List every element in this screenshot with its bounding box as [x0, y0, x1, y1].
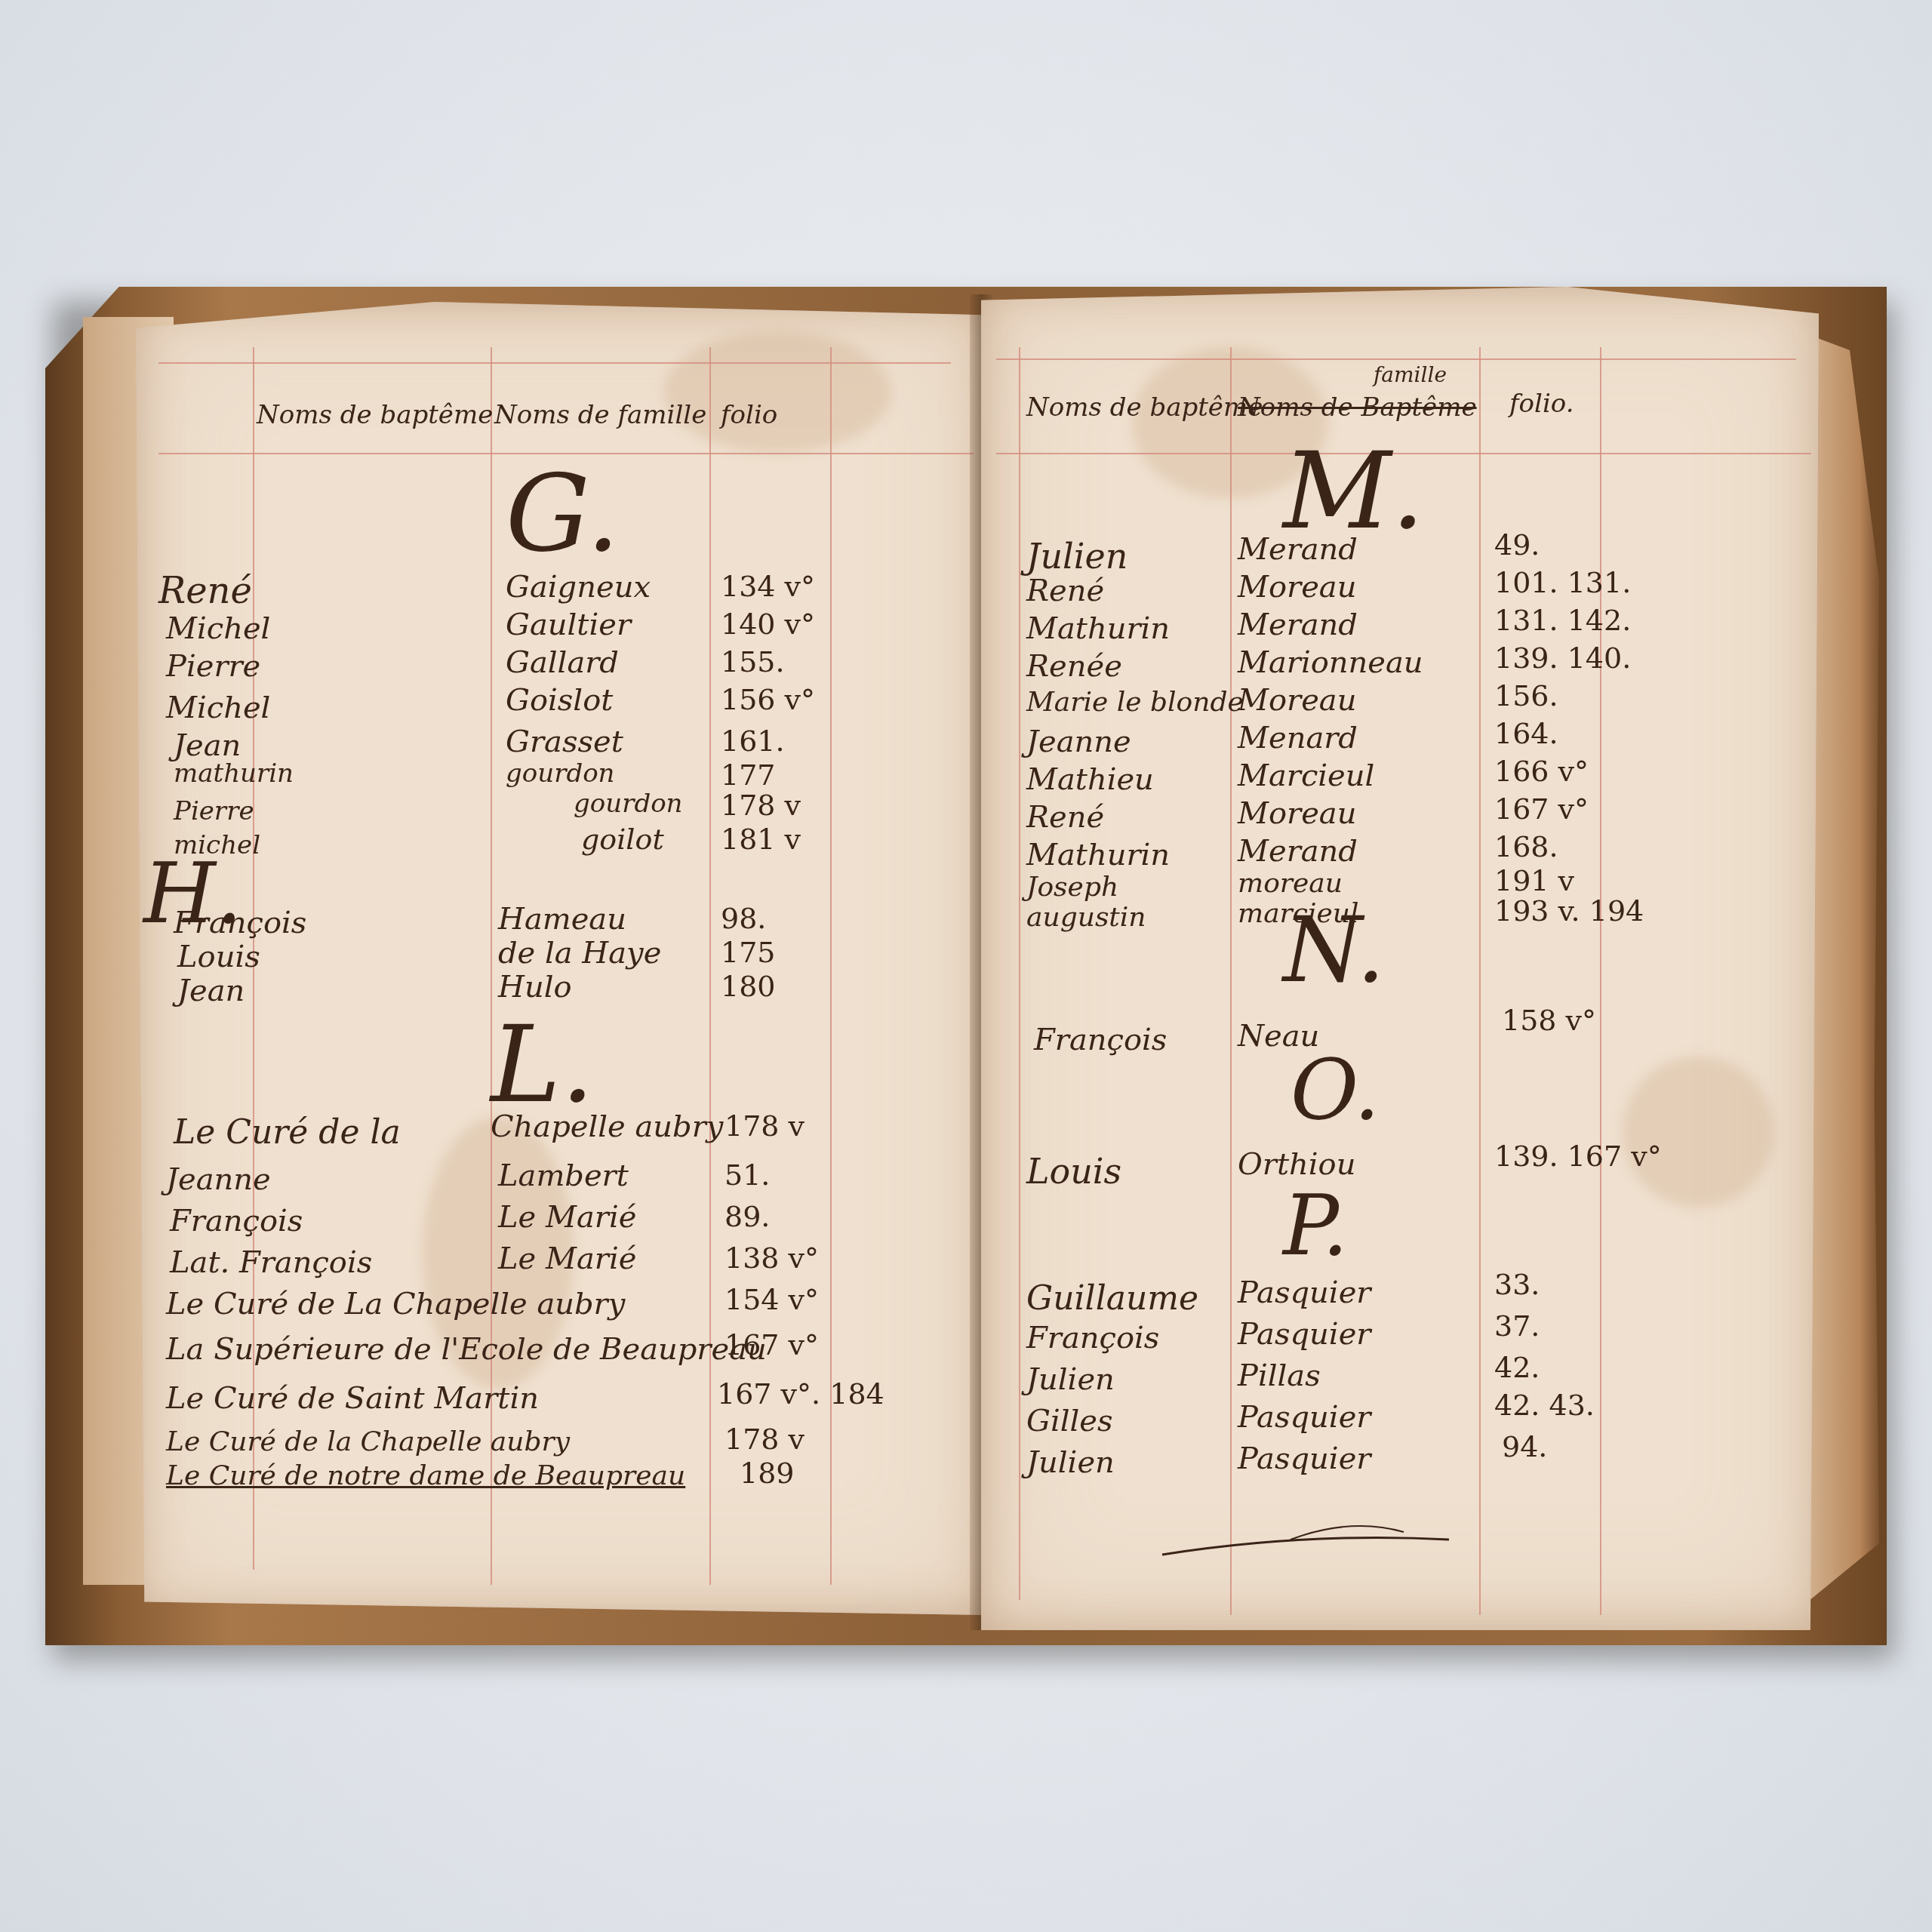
- family-name: gourdon: [506, 758, 615, 789]
- left-page: Noms de baptême Noms de famille folio G.…: [136, 302, 989, 1615]
- folio-number: 161.: [721, 724, 785, 758]
- given-name: Jeanne: [166, 1162, 271, 1197]
- end-flourish: [1155, 1509, 1457, 1570]
- given-name: mathurin: [174, 758, 294, 789]
- family-name: Hameau: [498, 902, 626, 937]
- family-name: Pillas: [1238, 1358, 1321, 1393]
- column-rule: [1019, 347, 1020, 1600]
- family-name: Merand: [1238, 532, 1358, 567]
- family-name: Chapelle aubry: [491, 1109, 723, 1144]
- header-correction: famille: [1374, 362, 1447, 387]
- given-name: Lat. François: [170, 1245, 372, 1280]
- folio-number: 139. 167 v°: [1494, 1140, 1662, 1173]
- folio-number: 177: [721, 758, 776, 792]
- given-name: Le Curé de la Chapelle aubry: [166, 1426, 570, 1457]
- given-name: Pierre: [174, 796, 254, 826]
- family-name: Gaultier: [506, 608, 631, 642]
- family-name: Pasquier: [1238, 1441, 1371, 1476]
- folio-number: 166 v°: [1494, 755, 1589, 788]
- family-name: de la Haye: [498, 936, 661, 971]
- column-rule: [1230, 347, 1232, 1615]
- family-name: Moreau: [1238, 796, 1356, 831]
- given-name: Le Curé de la: [174, 1113, 401, 1152]
- given-name: Gilles: [1026, 1404, 1113, 1438]
- folio-number: 134 v°: [721, 570, 815, 603]
- given-name: René: [1026, 574, 1104, 608]
- given-name: François: [1034, 1023, 1167, 1057]
- folio-number: 189: [740, 1457, 795, 1490]
- family-name: Le Marié: [498, 1241, 636, 1276]
- given-name: Le Curé de Saint Martin: [166, 1381, 539, 1416]
- right-page: Noms de baptême Noms de Baptême famille …: [981, 287, 1819, 1630]
- given-name: Guillaume: [1026, 1279, 1198, 1318]
- section-letter: G.: [506, 453, 620, 576]
- folio-number: 191 v: [1494, 864, 1574, 897]
- given-name: Louis: [177, 940, 260, 974]
- given-name: Jean: [177, 974, 245, 1008]
- folio-number: 42.: [1494, 1351, 1540, 1384]
- given-name: Louis: [1026, 1151, 1121, 1192]
- family-name: Marcieul: [1238, 758, 1374, 793]
- given-name: Julien: [1026, 536, 1128, 577]
- folio-number: 51.: [724, 1158, 770, 1192]
- folio-number: 89.: [724, 1200, 770, 1233]
- header-baptism-name: Noms de baptême: [1026, 392, 1263, 423]
- folio-number: 156 v°: [721, 683, 815, 716]
- family-name: Pasquier: [1238, 1400, 1371, 1435]
- folio-number: 168.: [1494, 830, 1558, 863]
- folio-number: 131. 142.: [1494, 604, 1631, 637]
- given-name: Julien: [1026, 1445, 1115, 1480]
- folio-number: 98.: [721, 902, 766, 935]
- given-name: Michel: [166, 691, 270, 725]
- header-baptism-name: Noms de baptême: [257, 400, 493, 430]
- family-name: Gallard: [506, 645, 619, 680]
- column-rule: [709, 347, 711, 1585]
- section-letter: P.: [1283, 1177, 1349, 1274]
- family-name: moreau: [1238, 868, 1343, 899]
- given-name: François: [1026, 1321, 1159, 1355]
- folio-number: 42. 43.: [1494, 1389, 1595, 1422]
- given-name: Renée: [1026, 649, 1122, 684]
- folio-number: 193 v. 194: [1494, 894, 1644, 928]
- given-name: René: [1026, 800, 1104, 835]
- top-rule: [158, 362, 951, 364]
- given-name: augustin: [1026, 902, 1146, 933]
- folio-number: 49.: [1494, 528, 1540, 561]
- water-stain: [1623, 1057, 1774, 1207]
- column-rule: [1600, 347, 1601, 1615]
- folio-number: 181 v: [721, 823, 801, 856]
- family-name: goilot: [581, 823, 664, 856]
- folio-number: 156.: [1494, 679, 1558, 712]
- folio-number: 164.: [1494, 717, 1558, 750]
- folio-number: 37.: [1494, 1309, 1540, 1343]
- given-name: Marie le blonde: [1026, 687, 1244, 718]
- folio-number: 178 v: [724, 1109, 804, 1143]
- given-name: Mathurin: [1026, 611, 1170, 646]
- given-name: Le Curé de La Chapelle aubry: [166, 1287, 625, 1321]
- family-name: Goislot: [506, 683, 613, 718]
- family-name: Pasquier: [1238, 1317, 1371, 1352]
- given-name: Julien: [1026, 1362, 1115, 1397]
- section-letter: O.: [1291, 1041, 1380, 1138]
- water-stain: [664, 332, 891, 453]
- header-family-name: Noms de famille: [494, 400, 706, 430]
- folio-number: 178 v: [721, 789, 801, 822]
- family-name: Menard: [1238, 721, 1358, 755]
- family-name: Grasset: [506, 724, 623, 759]
- header-folio: folio: [721, 400, 777, 430]
- header-folio: folio.: [1509, 389, 1574, 419]
- folio-number: 158 v°: [1502, 1004, 1596, 1037]
- family-name: gourdon: [574, 789, 683, 819]
- family-name: Merand: [1238, 834, 1358, 869]
- folio-number: 167 v°: [724, 1328, 819, 1361]
- section-letter: L.: [491, 1004, 594, 1127]
- given-name: Pierre: [166, 649, 260, 684]
- folio-number: 167 v°. 184: [717, 1377, 884, 1411]
- folio-number: 154 v°: [724, 1283, 819, 1316]
- family-name: Lambert: [498, 1158, 629, 1193]
- given-name: René: [158, 570, 252, 612]
- folio-number: 139. 140.: [1494, 641, 1631, 675]
- header-family-name: Noms de Baptême: [1238, 392, 1477, 423]
- folio-number: 180: [721, 970, 776, 1003]
- given-name: François: [170, 1204, 303, 1238]
- given-name: Jeanne: [1026, 724, 1131, 759]
- folio-number: 140 v°: [721, 608, 815, 641]
- folio-number: 155.: [721, 645, 785, 678]
- folio-number: 167 v°: [1494, 792, 1589, 826]
- given-name: La Supérieure de l'Ecole de Beaupreau: [166, 1332, 767, 1367]
- family-name: Merand: [1238, 608, 1358, 642]
- family-name: Le Marié: [498, 1200, 636, 1235]
- given-name: Le Curé de notre dame de Beaupreau: [166, 1460, 685, 1491]
- family-name: Marionneau: [1238, 645, 1423, 680]
- family-name: Moreau: [1238, 570, 1356, 605]
- folio-number: 175: [721, 936, 776, 969]
- column-rule: [1479, 347, 1481, 1615]
- given-name: François: [174, 906, 306, 940]
- folio-number: 138 v°: [724, 1241, 819, 1275]
- family-name: Hulo: [498, 970, 572, 1004]
- family-name: Moreau: [1238, 683, 1356, 718]
- folio-number: 101. 131.: [1494, 566, 1631, 599]
- given-name: Joseph: [1026, 872, 1118, 903]
- folio-number: 33.: [1494, 1268, 1540, 1301]
- given-name: Mathurin: [1026, 838, 1170, 872]
- folio-number: 178 v: [724, 1423, 804, 1456]
- section-letter: N.: [1283, 898, 1385, 1003]
- family-name: Pasquier: [1238, 1275, 1371, 1310]
- folio-number: 94.: [1502, 1430, 1547, 1463]
- given-name: Mathieu: [1026, 762, 1154, 797]
- given-name: Michel: [166, 611, 270, 646]
- top-rule: [996, 358, 1796, 360]
- family-name: Gaigneux: [506, 570, 651, 605]
